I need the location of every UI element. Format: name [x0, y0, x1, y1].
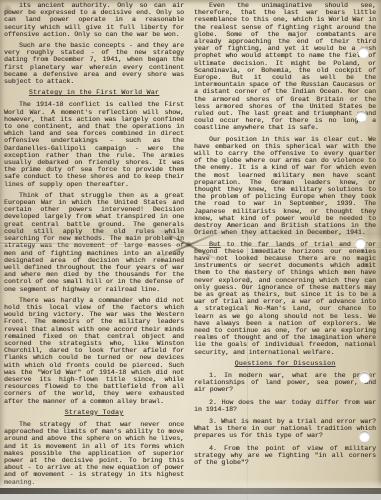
right-column: Even the unimaginative should see, there…	[194, 2, 376, 471]
punch-hole	[356, 111, 367, 122]
crease-center-mark	[185, 241, 192, 248]
body-paragraph: The strategy of that war never once appr…	[4, 421, 184, 486]
scanned-document-page: its ancient authority. Only so can air p…	[0, 0, 381, 500]
question-item: 4. From the point of view of military st…	[194, 445, 376, 467]
section-heading-first-world-war: Strategy in the First World War	[4, 89, 184, 96]
scanner-edge-shadow	[0, 488, 381, 494]
body-paragraph: The 1914-18 conflict is called the First…	[4, 101, 184, 187]
section-heading-questions: Questions for Discussion	[194, 360, 376, 367]
body-paragraph: Such are the basic concepts - and they a…	[4, 42, 184, 85]
body-paragraph: its ancient authority. Only so can air p…	[4, 2, 184, 38]
paper-bottom-edge	[0, 480, 381, 488]
punch-hole	[355, 238, 366, 249]
vertical-crease	[247, 232, 248, 500]
question-item: 2. How does the war today differ from wa…	[194, 399, 376, 413]
question-item: 3. What is meant by a trial and error wa…	[194, 418, 376, 440]
question-item: 1. In modern war, what are the proper re…	[194, 372, 376, 394]
left-column: its ancient authority. Only so can air p…	[4, 2, 184, 490]
body-paragraph: Our position in this war is clear cut. W…	[194, 136, 376, 237]
underlined-lead-word: But	[209, 241, 221, 248]
body-paragraph: There was hardly a commander who did not…	[4, 297, 184, 405]
punch-hole	[358, 47, 369, 58]
paper-sheet: its ancient authority. Only so can air p…	[0, 0, 381, 488]
body-paragraph: Even the unimaginative should see, there…	[194, 2, 376, 132]
punch-hole	[359, 372, 370, 383]
section-heading-strategy-today: Strategy Today	[4, 409, 184, 416]
punch-hole	[359, 431, 370, 442]
paragraph-text: to the far lands of trial and error beyo…	[194, 241, 376, 356]
body-paragraph: But to the far lands of trial and error …	[194, 241, 376, 356]
